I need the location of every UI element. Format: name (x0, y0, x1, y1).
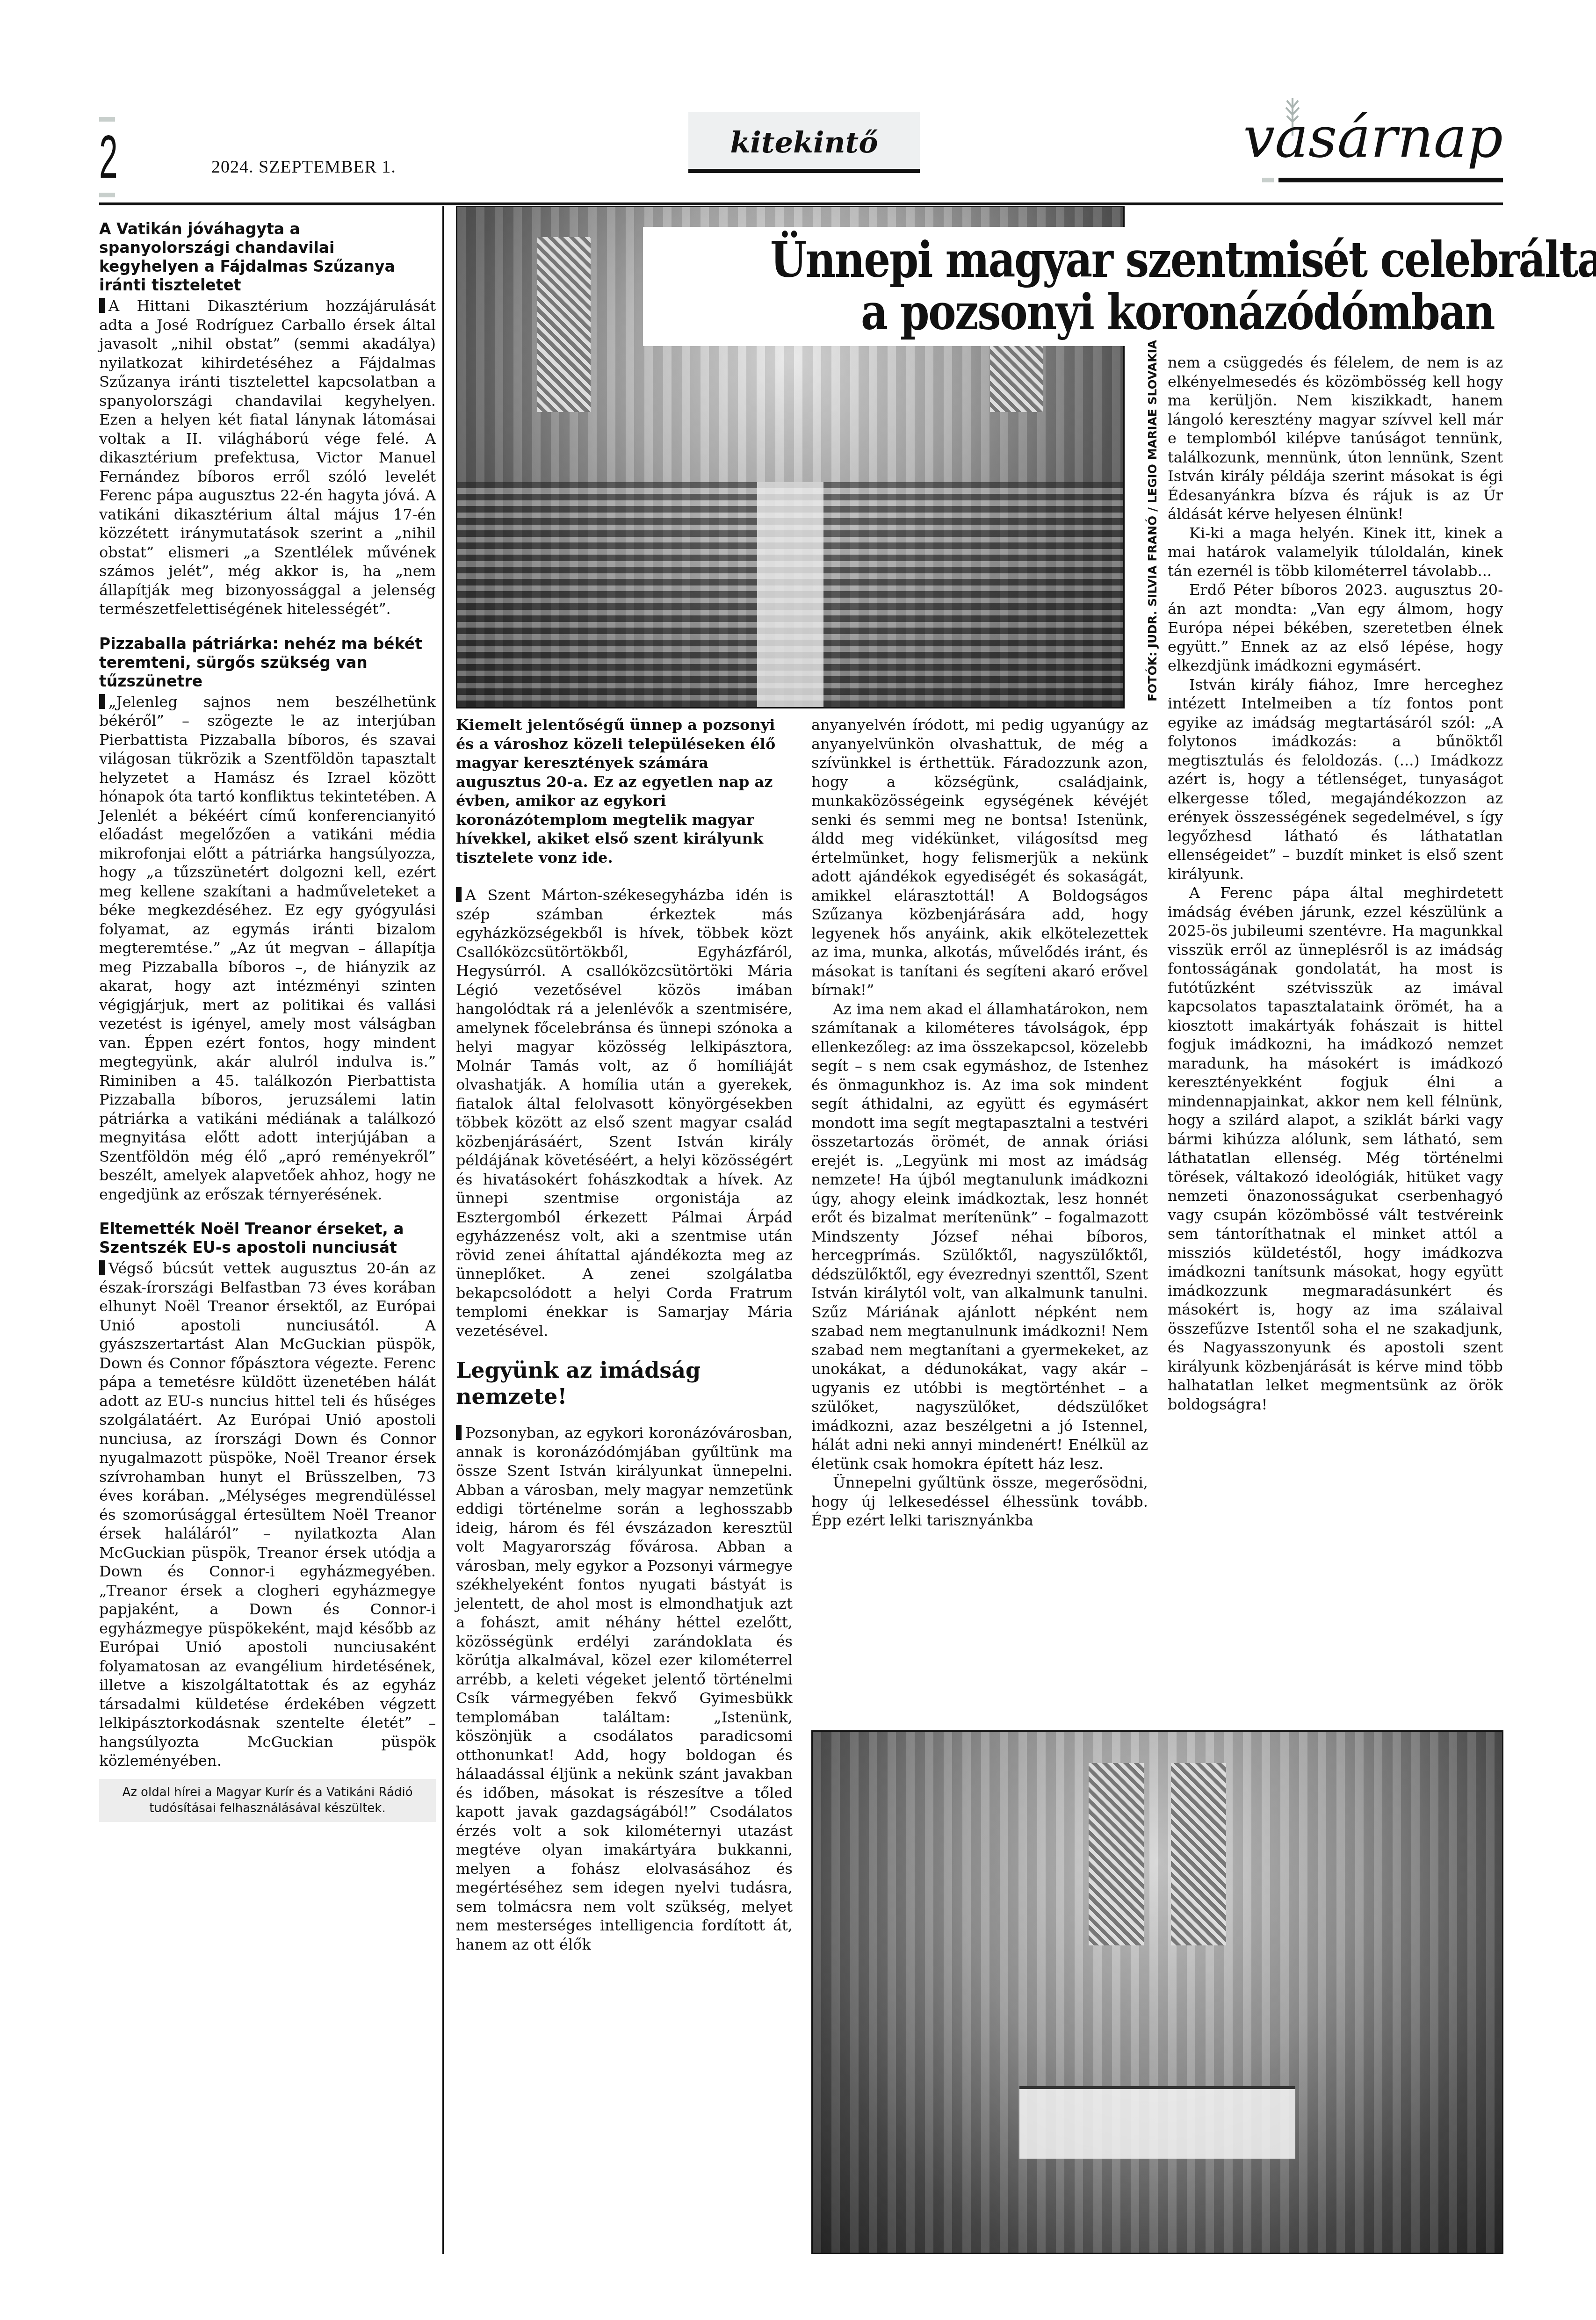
article-paragraph: anyanyelvén íródott, mi pedig ugyanúgy a… (811, 716, 1148, 1000)
photo-detail (1019, 2086, 1295, 2159)
article-paragraph: Pozsonyban, az egykori koronázóvárosban,… (456, 1424, 793, 1954)
photo-detail (1089, 1763, 1144, 1945)
sources-credit-box: Az oldal hírei a Magyar Kurír és a Vatik… (99, 1779, 436, 1822)
article-paragraph: nem a csüggedés és félelem, de nem is az… (1168, 353, 1503, 524)
article-paragraph: Ki-ki a maga helyén. Kinek itt, kinek a … (1168, 524, 1503, 581)
article-paragraph: Erdő Péter bíboros 2023. augusztus 20-án… (1168, 580, 1503, 675)
divider (99, 117, 115, 122)
divider (1262, 178, 1274, 182)
article-paragraph: A Ferenc pápa által meghirdetett imádság… (1168, 883, 1503, 1414)
section-label-text: kitekintő (730, 112, 878, 173)
paragraph-marker-icon (99, 1260, 105, 1275)
article-lead: Kiemelt jelentőségű ünnep a pozsonyi és … (456, 716, 793, 867)
logo-text: vasárnap (1243, 103, 1503, 173)
headline-line: Ünnepi magyar szentmisét celebráltak (770, 234, 1494, 286)
brief-text: „Jelenleg sajnos nem beszélhetünk békérő… (99, 693, 436, 1203)
masthead: 2 2024. SZEPTEMBER 1. kitekintő vasárnap (99, 98, 1503, 196)
divider (1278, 178, 1503, 182)
paragraph-text: Pozsonyban, az egykori koronázóvárosban,… (456, 1424, 793, 1953)
brief-item: Pizzaballa pátriárka: nehéz ma békét ter… (99, 635, 436, 1204)
brief-body: „Jelenleg sajnos nem beszélhetünk békérő… (99, 693, 436, 1204)
brief-title: Pizzaballa pátriárka: nehéz ma békét ter… (99, 635, 436, 691)
photo-credit-text: FOTÓK: JUDR. SILVIA FRANÓ / LEGIO MARIAE… (1146, 340, 1159, 701)
brief-title: Eltemették Noël Treanor érseket, a Szent… (99, 1220, 436, 1257)
article-paragraph: Az ima nem akad el államhatárokon, nem s… (811, 1000, 1148, 1474)
article-paragraph: István király fiához, Imre herceghez int… (1168, 675, 1503, 884)
page-number-block: 2 (99, 117, 115, 196)
article-paragraph: A Szent Márton-székesegyházba idén is sz… (456, 886, 793, 1340)
paragraph-marker-icon (99, 298, 105, 313)
photo-credit: FOTÓK: JUDR. SILVIA FRANÓ / LEGIO MARIAE… (1146, 346, 1164, 701)
header-rule (99, 202, 1503, 205)
altar-celebration-photo (811, 1730, 1503, 2254)
photo-detail (1171, 1763, 1226, 1945)
brief-title: A Vatikán jóváhagyta a spanyolországi ch… (99, 220, 436, 295)
brief-text: Végső búcsút vettek augusztus 20-án az é… (99, 1259, 436, 1770)
news-briefs-column: A Vatikán jóváhagyta a spanyolországi ch… (99, 220, 436, 1822)
headline-line: a pozsonyi koronázódómban (770, 286, 1494, 339)
paragraph-marker-icon (99, 694, 105, 709)
brief-text: A Hittani Dikasztérium hozzájárulását ad… (99, 297, 436, 618)
issue-date: 2024. SZEPTEMBER 1. (211, 157, 396, 177)
brief-body: A Hittani Dikasztérium hozzájárulását ad… (99, 296, 436, 619)
article-column-3: nem a csüggedés és félelem, de nem is az… (1168, 353, 1503, 1414)
divider (99, 193, 115, 197)
brief-item: Eltemették Noël Treanor érseket, a Szent… (99, 1220, 436, 1771)
paragraph-marker-icon (456, 1425, 462, 1440)
article-column-1: Kiemelt jelentőségű ünnep a pozsonyi és … (456, 716, 793, 1954)
photo-detail (537, 237, 591, 412)
article-headline: Ünnepi magyar szentmisét celebráltak a p… (643, 227, 1503, 346)
paragraph-text: A Szent Márton-székesegyházba idén is sz… (456, 886, 793, 1340)
page-number: 2 (99, 126, 118, 187)
brief-item: A Vatikán jóváhagyta a spanyolországi ch… (99, 220, 436, 619)
article-subheading: Legyünk az imádság nemzete! (456, 1357, 793, 1409)
brief-body: Végső búcsút vettek augusztus 20-án az é… (99, 1259, 436, 1771)
paragraph-marker-icon (456, 887, 462, 902)
article-paragraph: Ünnepelni gyűltünk össze, megerősödni, h… (811, 1473, 1148, 1530)
article-column-2: anyanyelvén íródott, mi pedig ugyanúgy a… (811, 716, 1148, 1530)
photo-texture (813, 1732, 1502, 2253)
column-divider (442, 206, 444, 2254)
photo-detail (757, 482, 823, 707)
newspaper-logo: vasárnap (1260, 103, 1503, 173)
section-label: kitekintő (688, 112, 920, 173)
